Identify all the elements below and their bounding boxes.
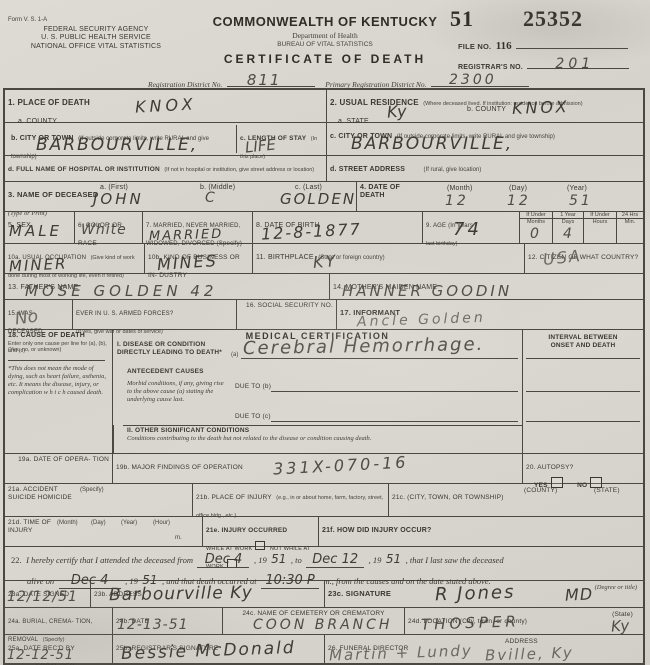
interval-label-2: ONSET AND DEATH (526, 342, 640, 350)
row-certify-statement: 22. I hereby certify that I attended the… (5, 547, 643, 581)
section-age: 9. AGE (In years last birthday) 74 If Un… (423, 212, 643, 243)
cause-note1: Enter only one cause per line for (a), (… (8, 341, 109, 354)
disease-value: Cerebral Hemorrhage. (243, 334, 485, 359)
row-medical-certification: 18. CAUSE OF DEATH Enter only one cause … (5, 330, 643, 454)
section-operation-findings: 19b. MAJOR FINDINGS OF OPERATION 331X-07… (113, 454, 523, 483)
autopsy-label: 20. AUTOPSY? (526, 464, 573, 471)
row-demographics: 5. SEX MALE 6. COLOR OR RACE White 7. MA… (5, 212, 643, 244)
age-col3-sub: Hours (584, 219, 616, 225)
age-days-value: 4 (563, 226, 572, 242)
dod-day-value: 12 (507, 193, 531, 209)
funeral-address-value: Bville, Ky (485, 643, 574, 664)
residence-state-value: Ky (386, 101, 407, 121)
section-name-of-deceased: 3. NAME OF DECEASED (Type or Print) a. (… (5, 182, 357, 211)
armed-forces-value: No (14, 306, 40, 329)
age-col1-sub: Months (520, 219, 552, 225)
first-name-value: JOHN (93, 190, 144, 208)
physician-degree-value: MD (565, 584, 594, 604)
armed-forces-label2: EVER IN U. S. ARMED FORCES? (76, 311, 173, 317)
row-name-dateofdeath: 3. NAME OF DECEASED (Type or Print) a. (… (5, 182, 643, 212)
injury-city-label: 21c. (CITY, TOWN, OR TOWNSHIP) (392, 494, 504, 501)
date-signed-value: 12/12/51 (7, 589, 78, 605)
section-father-name: 13. FATHER'S NAME MOSE GOLDEN 42 (5, 274, 330, 299)
section-usual-residence: 2. USUAL RESIDENCE (Where deceased lived… (327, 90, 643, 181)
age-col1-header: If Under (520, 212, 552, 219)
physician-signature-value: R Jones (435, 582, 516, 606)
informant-value: Ancle Golden (357, 310, 486, 330)
birthplace-label: 11. BIRTHPLACE (256, 254, 314, 261)
section-accident-type: 21a. ACCIDENT SUICIDE HOMICIDE (Specify) (5, 484, 193, 516)
section-birthplace: 11. BIRTHPLACE (State or foreign country… (253, 244, 525, 273)
form-number: Form V. S. 1-A (8, 17, 47, 24)
accident-label: 21a. ACCIDENT SUICIDE HOMICIDE (8, 486, 78, 502)
physician-address-value: Barbourville Ky (109, 583, 253, 606)
signature-label: 23c. SIGNATURE (328, 589, 391, 598)
street-address-note: (If rural, give location) (424, 167, 482, 173)
section-ssn: 16. SOCIAL SECURITY NO. (237, 300, 337, 329)
certify-text-3: , to (291, 555, 302, 565)
section-sex: 5. SEX MALE (5, 212, 75, 243)
row-place-residence: 1. PLACE OF DEATH a. COUNTY KNOX b. CITY… (5, 90, 643, 182)
certify-text-2: , 19 (254, 555, 267, 565)
attended-to-year: 51 (386, 552, 401, 566)
operation-findings-label: 19b. MAJOR FINDINGS OF OPERATION (116, 464, 243, 471)
dob-value: 12-8-1877 (261, 219, 363, 243)
title-block: COMMONWEALTH OF KENTUCKY Department of H… (195, 14, 455, 66)
dod-year-value: 51 (569, 193, 593, 209)
injury-m-label: m. (175, 535, 182, 542)
hospital-note: (If not in hospital or institution, give… (164, 167, 314, 173)
file-no-label: FILE NO. (458, 42, 491, 51)
disease-a-label: (a) (231, 352, 238, 359)
due-to-b-label: DUE TO (b) (235, 383, 271, 391)
disease-label: I. DISEASE OR CONDITION DIRECTLY LEADING… (117, 341, 229, 357)
section-medical-certification: MEDICAL CERTIFICATION I. DISEASE OR COND… (113, 330, 523, 453)
certificate-title: CERTIFICATE OF DEATH (195, 52, 455, 66)
funeral-director-value: Martin + Lundy (329, 641, 473, 664)
section-color-race: 6. COLOR OR RACE White (75, 212, 143, 243)
burial-location-value: THOSPER (421, 612, 520, 633)
degree-title-note: (Degree or title) (595, 584, 637, 592)
section-date-signed: 23a. DATE SIGNED 12/12/51 (5, 581, 91, 607)
race-value: White (81, 222, 127, 238)
cause-of-death-label: 18. CAUSE OF DEATH (8, 332, 109, 340)
citizen-value: USA (542, 246, 583, 269)
mother-value: HANNER GOODIN (342, 282, 512, 300)
registrar-no-label: REGISTRAR'S NO. (458, 64, 523, 71)
section-date-received: 25a. DATE REC'D BY LOCAL REG. 12-12-51 (5, 635, 113, 663)
hospital-label: d. FULL NAME OF HOSPITAL OR INSTITUTION (8, 166, 160, 173)
date-received-value: 12-12-51 (7, 648, 74, 663)
agency-block: FEDERAL SECURITY AGENCY U. S. PUBLIC HEA… (6, 26, 186, 51)
registrar-no-value: 201 (555, 56, 594, 72)
stamp-volume-number: 51 (450, 6, 474, 32)
other-conditions-label: II. OTHER SIGNIFICANT CONDITIONS (127, 427, 518, 435)
burial-date-value: 12-13-51 (117, 617, 189, 633)
commonwealth-title: COMMONWEALTH OF KENTUCKY (195, 14, 455, 29)
name-title: 3. NAME OF DECEASED (8, 190, 98, 199)
section-time-of-injury: 21d. TIME OF INJURY (Month) (Day) (Year)… (5, 517, 203, 546)
section-cemetery: 24c. NAME OF CEMETERY OR CREMATORY COON … (223, 608, 405, 634)
section-occupation: 10a. USUAL OCCUPATION (Give kind of work… (5, 244, 145, 273)
marital-value: MARRIED (149, 227, 224, 245)
dept-line: Department of Health (195, 31, 455, 40)
city-value: BARBOURVILLE, (36, 135, 198, 155)
age-col4-sub: Min. (617, 219, 643, 225)
row-injury-time: 21d. TIME OF INJURY (Month) (Day) (Year)… (5, 517, 643, 547)
injury-month-label: (Month) (57, 520, 78, 527)
occupation-value: MINER (9, 254, 68, 275)
burial-state-value: Ky (610, 616, 630, 635)
how-injury-label: 21f. HOW DID INJURY OCCUR? (322, 527, 431, 534)
section-injury-occurred: 21e. INJURY OCCURRED WHILE AT WORK NOT W… (203, 517, 319, 546)
primary-district-value: 2300 (449, 72, 497, 88)
section-industry: 10b. KIND OF BUSINESS OR IN- DUSTRY MINE… (145, 244, 253, 273)
injury-place-label: 21b. PLACE OF INJURY (196, 494, 272, 501)
section-informant: 17. INFORMANT Ancle Golden (337, 300, 643, 329)
injury-year-label: (Year) (121, 520, 137, 527)
section-registrar-signature: 25b. REGISTRAR'S SIGNATURE Bessie McDona… (113, 635, 325, 663)
date-of-death-title: 4. DATE OF DEATH (360, 184, 412, 201)
attended-from-year: 51 (271, 552, 286, 566)
certify-text-4: , 19 (369, 555, 382, 565)
certify-text-5: , that I last saw the deceased (406, 555, 504, 565)
due-to-c-label: DUE TO (c) (235, 413, 271, 421)
residence-county-value: KNOX (512, 97, 570, 118)
injury-time-label: 21d. TIME OF INJURY (8, 519, 52, 535)
section-interval: INTERVAL BETWEEN ONSET AND DEATH (523, 330, 643, 453)
attended-from-value: Dec 4 (197, 552, 249, 568)
section-citizen: 12. CITIZEN OF WHAT COUNTRY? USA (525, 244, 643, 273)
injury-state-label: (STATE) (594, 487, 620, 495)
death-certificate-scan: Form V. S. 1-A FEDERAL SECURITY AGENCY U… (0, 0, 650, 665)
section-armed-forces-2: EVER IN U. S. ARMED FORCES? (If yes, giv… (73, 300, 237, 329)
reg-district-value: 811 (247, 71, 282, 89)
age-col4-header: 24 Hrs (617, 212, 643, 219)
cemetery-value: COON BRANCH (253, 617, 392, 633)
age-col3-header: If Under (584, 212, 616, 219)
section-burial-type: 24a. BURIAL, CREMA- TION, REMOVAL (Speci… (5, 608, 113, 634)
county-value: KNOX (135, 94, 198, 116)
sex-value: MALE (9, 222, 62, 240)
ssn-label: 16. SOCIAL SECURITY NO. (240, 302, 333, 310)
section-mother-name: 14. MOTHER'S MAIDEN NAME HANNER GOODIN (330, 274, 643, 299)
birthplace-value: KY (312, 251, 338, 272)
length-of-stay-value: LIFE (244, 135, 277, 156)
section-funeral-director: 26. FUNERAL DIRECTOR ADDRESS Martin + Lu… (325, 635, 643, 663)
age-col2-header: 1 Year (553, 212, 583, 219)
agency-line-2: U. S. PUBLIC HEALTH SERVICE (6, 34, 186, 42)
other-conditions-note: Conditions contributing to the death but… (127, 435, 518, 443)
bureau-line: BUREAU OF VITAL STATISTICS (195, 41, 455, 48)
section-physician-address: 23b. ADDRESS Barbourville Ky (91, 581, 325, 607)
row-operation: 19a. DATE OF OPERA- TION 19b. MAJOR FIND… (5, 454, 643, 484)
section-place-of-death: 1. PLACE OF DEATH a. COUNTY KNOX b. CITY… (5, 90, 327, 181)
section-autopsy: 20. AUTOPSY? YES NO (523, 454, 643, 483)
middle-name-value: C (205, 190, 215, 206)
registrar-signature-value: Bessie McDonald (121, 638, 296, 664)
attended-to-value: Dec 12 (306, 552, 364, 568)
accident-note: (Specify) (80, 487, 104, 494)
street-address-label: d. STREET ADDRESS (330, 166, 405, 173)
industry-value: MINES (156, 251, 218, 274)
file-no-row: FILE NO. 116 (458, 36, 644, 54)
antecedent-label: ANTECEDENT CAUSES (127, 368, 204, 376)
section-how-injury: 21f. HOW DID INJURY OCCUR? (319, 517, 643, 546)
injury-day-label: (Day) (91, 520, 106, 527)
place-of-death-title: 1. PLACE OF DEATH (8, 98, 90, 107)
section-date-of-operation: 19a. DATE OF OPERA- TION (5, 454, 113, 483)
stamp-certificate-number: 25352 (523, 6, 583, 32)
section-physician-signature: 23c. SIGNATURE (Degree or title) R Jones… (325, 581, 643, 607)
row-occupation: 10a. USUAL OCCUPATION (Give kind of work… (5, 244, 643, 274)
row-burial: 24a. BURIAL, CREMA- TION, REMOVAL (Speci… (5, 608, 643, 635)
morbid-note: Morbid conditions, if any, giving rise t… (127, 380, 227, 404)
section-burial-date: 24b. DATE 12-13-51 (113, 608, 223, 634)
section-cause-of-death-sidebar: 18. CAUSE OF DEATH Enter only one cause … (5, 330, 113, 453)
last-name-value: GOLDEN (280, 190, 356, 208)
age-value: 74 (453, 219, 482, 240)
row-parents: 13. FATHER'S NAME MOSE GOLDEN 42 14. MOT… (5, 274, 643, 300)
injury-hour-label: (Hour) (153, 520, 170, 527)
section-armed-forces: 15. WAS DECEASED (Yes, no, or unknown) N… (5, 300, 73, 329)
file-no-value: 116 (496, 40, 512, 52)
injury-occurred-label: 21e. INJURY OCCURRED (206, 527, 287, 534)
agency-line-1: FEDERAL SECURITY AGENCY (6, 26, 186, 34)
section-burial-location: 24d. LOCATION (City, town, or county) (S… (405, 608, 643, 634)
section-date-of-death: 4. DATE OF DEATH (Month) (Day) (Year) 12… (357, 182, 643, 211)
agency-line-3: NATIONAL OFFICE VITAL STATISTICS (6, 43, 186, 51)
residence-city-value: BARBOURVILLE, (351, 134, 513, 154)
section-injury-location: 21c. (CITY, TOWN, OR TOWNSHIP) (COUNTY) … (389, 484, 643, 516)
row-service-informant: 15. WAS DECEASED (Yes, no, or unknown) N… (5, 300, 643, 330)
father-value: MOSE GOLDEN 42 (25, 282, 217, 300)
interval-label-1: INTERVAL BETWEEN (526, 334, 640, 342)
age-col2-sub: Days (553, 219, 583, 225)
section-date-of-birth: 8. DATE OF BIRTH 12-8-1877 (253, 212, 423, 243)
operation-date-label: 19a. DATE OF OPERA- TION (8, 456, 109, 464)
certify-text-1: I hereby certify that I attended the dec… (26, 555, 193, 565)
dod-month-value: 12 (445, 193, 469, 209)
cause-note2: *This does not mean the mode of dying, s… (8, 365, 109, 398)
age-months-value: 0 (530, 226, 539, 242)
row-injury-place: 21a. ACCIDENT SUICIDE HOMICIDE (Specify)… (5, 484, 643, 517)
residence-county-label: b. COUNTY (467, 106, 506, 114)
operation-findings-value: 331X-070-16 (273, 452, 409, 478)
certificate-form: 1. PLACE OF DEATH a. COUNTY KNOX b. CITY… (3, 88, 645, 665)
row-signature: 23a. DATE SIGNED 12/12/51 23b. ADDRESS B… (5, 581, 643, 608)
row-registrar: 25a. DATE REC'D BY LOCAL REG. 12-12-51 2… (5, 635, 643, 663)
section-place-of-injury: 21b. PLACE OF INJURY (e.g., in or about … (193, 484, 389, 516)
injury-county-label: (COUNTY) (524, 487, 557, 495)
certify-number: 22. (11, 555, 22, 565)
section-marital-status: 7. MARRIED, NEVER MARRIED, WIDOWED, DIVO… (143, 212, 253, 243)
